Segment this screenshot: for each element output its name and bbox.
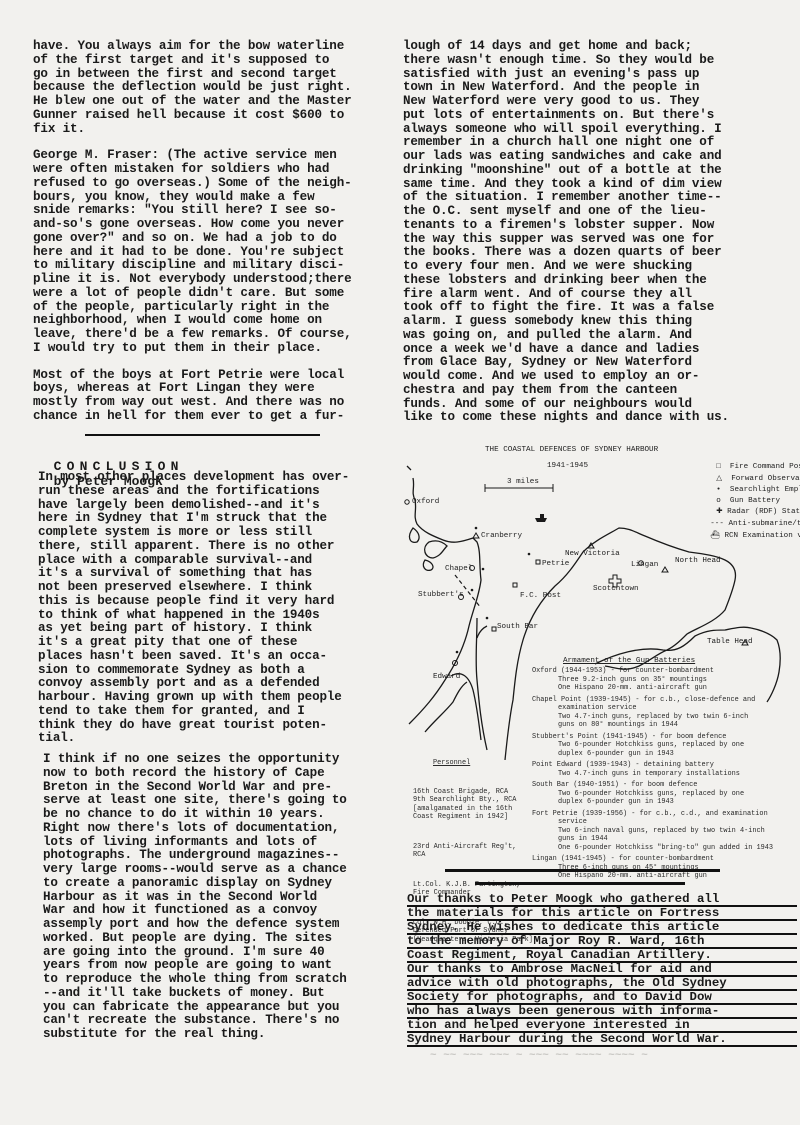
acknowledgement-line: Society for photographs, and to David Do… (407, 991, 797, 1005)
label-new-victoria: New Victoria (565, 551, 620, 559)
label-chapel: Chapel (445, 566, 472, 574)
ship-icon: ⛴ (710, 532, 720, 540)
personnel-title: Personnel (413, 759, 533, 768)
acknowledgement-line: advice with old photographs, the Old Syd… (407, 977, 797, 991)
battery-name: Lingan (1941-1945) - for counter-bombard… (532, 855, 714, 863)
label-petrie: Petrie (542, 561, 569, 569)
paragraph-new-waterford: lough of 14 days and get home and back; … (403, 40, 795, 425)
label-lingan: Lingan (631, 562, 658, 570)
battery-name: Stubbert's Point (1941-1945) - for boom … (532, 733, 726, 741)
battery-detail: Two 6-inch naval guns, replaced by two t… (532, 827, 773, 836)
armament-entry: Oxford (1944-1953) - for counter-bombard… (532, 667, 773, 693)
left-column-text: have. You always aim for the bow waterli… (33, 40, 393, 437)
map-scale-label: 3 miles (507, 479, 539, 487)
armament-entry: Point Edward (1939-1943) - detaining bat… (532, 761, 773, 778)
acknowledgement-line: the materials for this article on Fortre… (407, 907, 797, 921)
bleed-through-text: ~ ~~ ~~~ ~~~ ~ ~~~ ~~ ~~~~ ~~~~ ~ (430, 1050, 648, 1062)
acknowledgement-line: to the memory of Major Roy R. Ward, 16th (407, 935, 797, 949)
battery-detail: One 6-pounder Hotchkiss "bring-to" gun a… (532, 844, 773, 853)
map-years: 1941-1945 (547, 463, 588, 471)
label-oxford: Oxford (412, 499, 439, 507)
armament-title: Armament of the Gun Batteries (563, 658, 695, 666)
battery-detail: duplex 6-pounder gun in 1943 (532, 750, 773, 759)
armament-entry: Chapel Point (1939-1945) - for c.b., clo… (532, 696, 773, 730)
conclusion-text-1: In most other places development has ove… (38, 471, 393, 746)
battery-name: Oxford (1944-1953) - for counter-bombard… (532, 667, 714, 675)
battery-name: South Bar (1940-1951) - for boom defence (532, 781, 697, 789)
section-divider (85, 434, 320, 436)
coastal-defences-map: THE COASTAL DEFENCES OF SYDNEY HARBOUR 1… (395, 440, 795, 760)
conclusion-paragraph-1: In most other places development has ove… (38, 471, 393, 759)
conclusion-paragraph-2: I think if no one seizes the opportunity… (43, 753, 398, 1055)
conclusion-text-2: I think if no one seizes the opportunity… (43, 753, 398, 1042)
armament-entry: Stubbert's Point (1941-1945) - for boom … (532, 733, 773, 759)
battery-detail: One Hispano 20-mm. anti-aircraft gun (532, 872, 773, 881)
battery-detail: duplex 6-pounder gun in 1943 (532, 798, 773, 807)
battery-detail: Two 6-pounder Hotchkiss guns, replaced b… (532, 741, 773, 750)
label-table-head: Table Head (707, 639, 753, 647)
label-edward: Edward (433, 674, 460, 682)
label-south-bar: South Bar (497, 624, 538, 632)
label-stubberts: Stubbert's (418, 592, 464, 600)
acknowledgement-line: Sydney. He wishes to dedicate this artic… (407, 921, 797, 935)
acknowledgement-line: Our thanks to Peter Moogk who gathered a… (407, 893, 797, 907)
battery-name: Chapel Point (1939-1945) - for c.b., clo… (532, 696, 755, 704)
battery-name: Point Edward (1939-1943) - detaining bat… (532, 761, 714, 769)
acknowledgement-line: Sydney Harbour during the Second World W… (407, 1033, 797, 1047)
battery-detail: examination service (532, 704, 773, 713)
battery-detail: Two 4.7-inch guns in temporary installat… (532, 770, 773, 779)
label-scotchtown: Scotchtown (593, 586, 639, 594)
personnel-entry: 16th Coast Brigade, RCA 9th Searchlight … (413, 788, 533, 822)
legend-examination-vessels: ⛴ RCN Examination vessels (692, 525, 800, 548)
paragraph-fort-petrie: Most of the boys at Fort Petrie were loc… (33, 369, 393, 424)
label-north-head: North Head (675, 558, 721, 566)
armament-entry: Fort Petrie (1939-1956) - for c.b., c.d.… (532, 810, 773, 853)
armament-entry: South Bar (1940-1951) - for boom defence… (532, 781, 773, 807)
battery-detail: guns on 80° mountings in 1944 (532, 721, 773, 730)
map-title: THE COASTAL DEFENCES OF SYDNEY HARBOUR (485, 447, 658, 455)
acknowledgements: Our thanks to Peter Moogk who gathered a… (407, 893, 797, 1047)
acknowledgement-line: who has always been generous with inform… (407, 1005, 797, 1019)
battery-detail: Two 6-pounder Hotchkiss guns, replaced b… (532, 790, 773, 799)
acknowledgement-line: Our thanks to Ambrose MacNeil for aid an… (407, 963, 797, 977)
acknowledgement-line: Coast Regiment, Royal Canadian Artillery… (407, 949, 797, 963)
label-cranberry: Cranberry (481, 533, 522, 541)
personnel-entry: 23rd Anti-Aircraft Reg't, RCA (413, 843, 533, 860)
battery-detail: Two 4.7-inch guns, replaced by two twin … (532, 713, 773, 722)
battery-detail: guns in 1944 (532, 835, 773, 844)
armament-entry: Lingan (1941-1945) - for counter-bombard… (532, 855, 773, 881)
armament-list: Oxford (1944-1953) - for counter-bombard… (532, 667, 773, 884)
right-column-text: lough of 14 days and get home and back; … (403, 40, 795, 438)
battery-name: Fort Petrie (1939-1956) - for c.b., c.d.… (532, 810, 768, 818)
battery-detail: One Hispano 20-mm. anti-aircraft gun (532, 684, 773, 693)
battery-detail: service (532, 818, 773, 827)
divider-long (445, 869, 720, 872)
label-fc-post: F.C. Post (520, 593, 561, 601)
divider-short (475, 882, 685, 885)
battery-detail: Three 9.2-inch guns on 35° mountings (532, 676, 773, 685)
acknowledgement-line: tion and helped everyone interested in (407, 1019, 797, 1033)
paragraph-fraser: George M. Fraser: (The active service me… (33, 149, 393, 355)
paragraph-gunnery: have. You always aim for the bow waterli… (33, 40, 393, 136)
